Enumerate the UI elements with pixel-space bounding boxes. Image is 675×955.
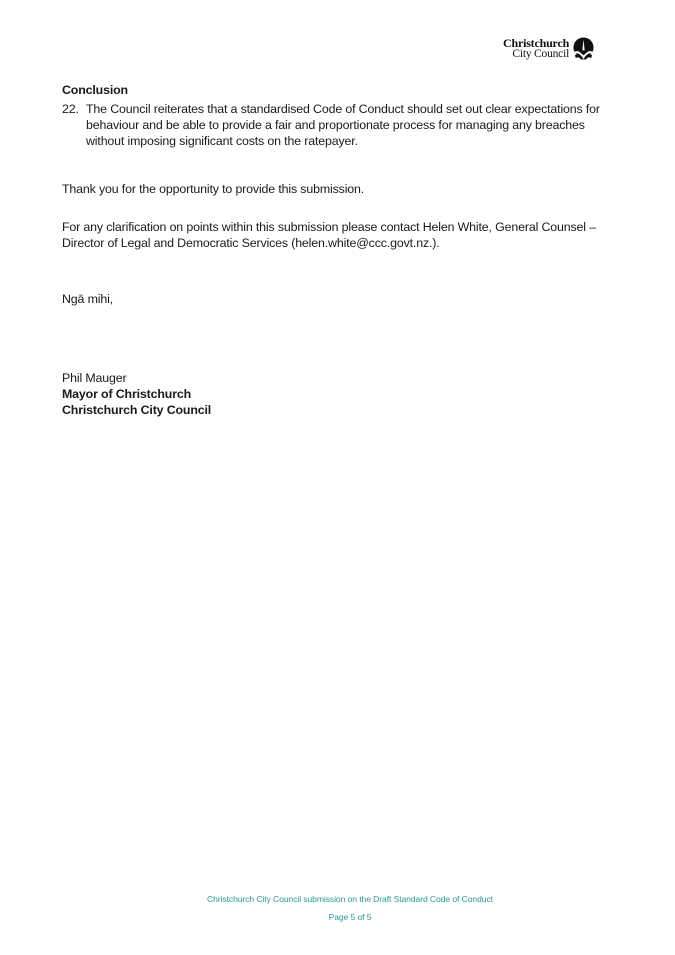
closing-salutation: Ngā mihi, xyxy=(62,291,113,307)
ccc-cathedral-logo-icon xyxy=(572,37,595,60)
contact-paragraph: For any clarification on points within t… xyxy=(62,219,596,251)
signatory-organisation: Christchurch City Council xyxy=(62,402,211,418)
conclusion-heading: Conclusion xyxy=(62,82,128,98)
item-text: The Council reiterates that a standardis… xyxy=(86,101,606,149)
footer-page-number: Page 5 of 5 xyxy=(0,912,675,922)
signatory-name: Phil Mauger xyxy=(62,370,211,386)
council-logo: Christchurch City Council xyxy=(503,37,595,60)
contact-line: For any clarification on points within t… xyxy=(62,219,596,235)
item-number: 22. xyxy=(62,101,79,117)
item-line: without imposing significant costs on th… xyxy=(86,133,606,149)
item-line: The Council reiterates that a standardis… xyxy=(86,101,606,117)
footer-document-title: Christchurch City Council submission on … xyxy=(0,894,675,904)
logo-wordmark: Christchurch City Council xyxy=(503,38,569,60)
item-line: behaviour and be able to provide a fair … xyxy=(86,117,606,133)
contact-line: Director of Legal and Democratic Service… xyxy=(62,235,596,251)
signatory-title: Mayor of Christchurch xyxy=(62,386,211,402)
logo-line-2: City Council xyxy=(503,49,569,60)
thanks-paragraph: Thank you for the opportunity to provide… xyxy=(62,181,364,197)
logo-line-1: Christchurch xyxy=(503,38,569,49)
signature-block: Phil Mauger Mayor of Christchurch Christ… xyxy=(62,370,211,418)
